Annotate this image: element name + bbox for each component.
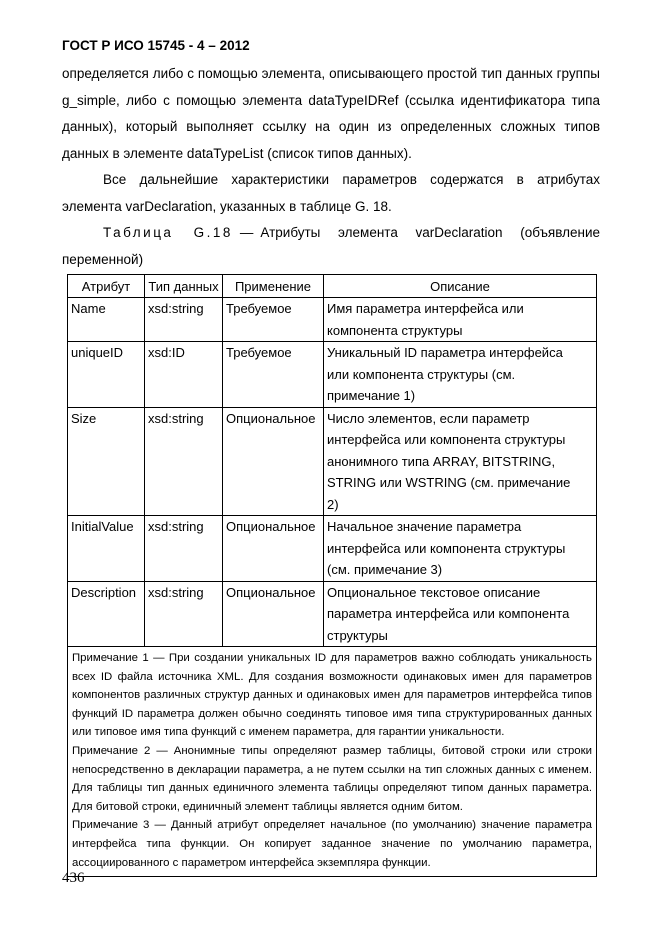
table-note-1: Примечание 1 — При создании уникальных I… bbox=[72, 649, 592, 742]
table-notes-cell: Примечание 1 — При создании уникальных I… bbox=[68, 647, 597, 877]
table-notes-row: Примечание 1 — При создании уникальных I… bbox=[68, 647, 597, 877]
cell-datatype: xsd:string bbox=[145, 298, 223, 342]
cell-usage: Опциональное bbox=[223, 581, 324, 647]
cell-attribute: Size bbox=[68, 407, 145, 516]
cell-attribute: Description bbox=[68, 581, 145, 647]
body-paragraph-2: Все дальнейшие характеристики параметров… bbox=[62, 167, 600, 220]
table-row: Description xsd:string Опциональное Опци… bbox=[68, 581, 597, 647]
cell-usage: Требуемое bbox=[223, 342, 324, 408]
cell-attribute: uniqueID bbox=[68, 342, 145, 408]
cell-datatype: xsd:string bbox=[145, 516, 223, 582]
table-note-3: Примечание 3 — Данный атрибут определяет… bbox=[72, 816, 592, 872]
column-header-description: Описание bbox=[324, 275, 597, 298]
cell-usage: Опциональное bbox=[223, 407, 324, 516]
table-note-2: Примечание 2 — Анонимные типы определяют… bbox=[72, 742, 592, 816]
document-header: ГОСТ Р ИСО 15745 - 4 – 2012 bbox=[62, 38, 600, 54]
cell-datatype: xsd:ID bbox=[145, 342, 223, 408]
cell-datatype: xsd:string bbox=[145, 407, 223, 516]
cell-description: Число элементов, если параметр интерфейс… bbox=[324, 407, 597, 516]
table-caption-label: Таблица G.18 bbox=[103, 225, 233, 240]
document-page: ГОСТ Р ИСО 15745 - 4 – 2012 определяется… bbox=[0, 0, 661, 936]
table-caption: Таблица G.18—Атрибуты элемента varDeclar… bbox=[62, 220, 600, 273]
cell-attribute: InitialValue bbox=[68, 516, 145, 582]
cell-description: Опциональное текстовое описание параметр… bbox=[324, 581, 597, 647]
cell-usage: Опциональное bbox=[223, 516, 324, 582]
table-header-row: Атрибут Тип данных Применение Описание bbox=[68, 275, 597, 298]
cell-description: Имя параметра интерфейса или компонента … bbox=[324, 298, 597, 342]
table-row: InitialValue xsd:string Опциональное Нач… bbox=[68, 516, 597, 582]
cell-usage: Требуемое bbox=[223, 298, 324, 342]
cell-attribute: Name bbox=[68, 298, 145, 342]
cell-description: Уникальный ID параметра интерфейса или к… bbox=[324, 342, 597, 408]
page-number: 436 bbox=[62, 870, 85, 887]
attributes-table: Атрибут Тип данных Применение Описание N… bbox=[67, 274, 597, 877]
column-header-datatype: Тип данных bbox=[145, 275, 223, 298]
table-row: Name xsd:string Требуемое Имя параметра … bbox=[68, 298, 597, 342]
cell-description: Начальное значение параметра интерфейса … bbox=[324, 516, 597, 582]
table-caption-dash: — bbox=[240, 225, 254, 240]
column-header-attribute: Атрибут bbox=[68, 275, 145, 298]
body-paragraph-1: определяется либо с помощью элемента, оп… bbox=[62, 61, 600, 167]
cell-datatype: xsd:string bbox=[145, 581, 223, 647]
table-row: Size xsd:string Опциональное Число элеме… bbox=[68, 407, 597, 516]
table-row: uniqueID xsd:ID Требуемое Уникальный ID … bbox=[68, 342, 597, 408]
column-header-usage: Применение bbox=[223, 275, 324, 298]
